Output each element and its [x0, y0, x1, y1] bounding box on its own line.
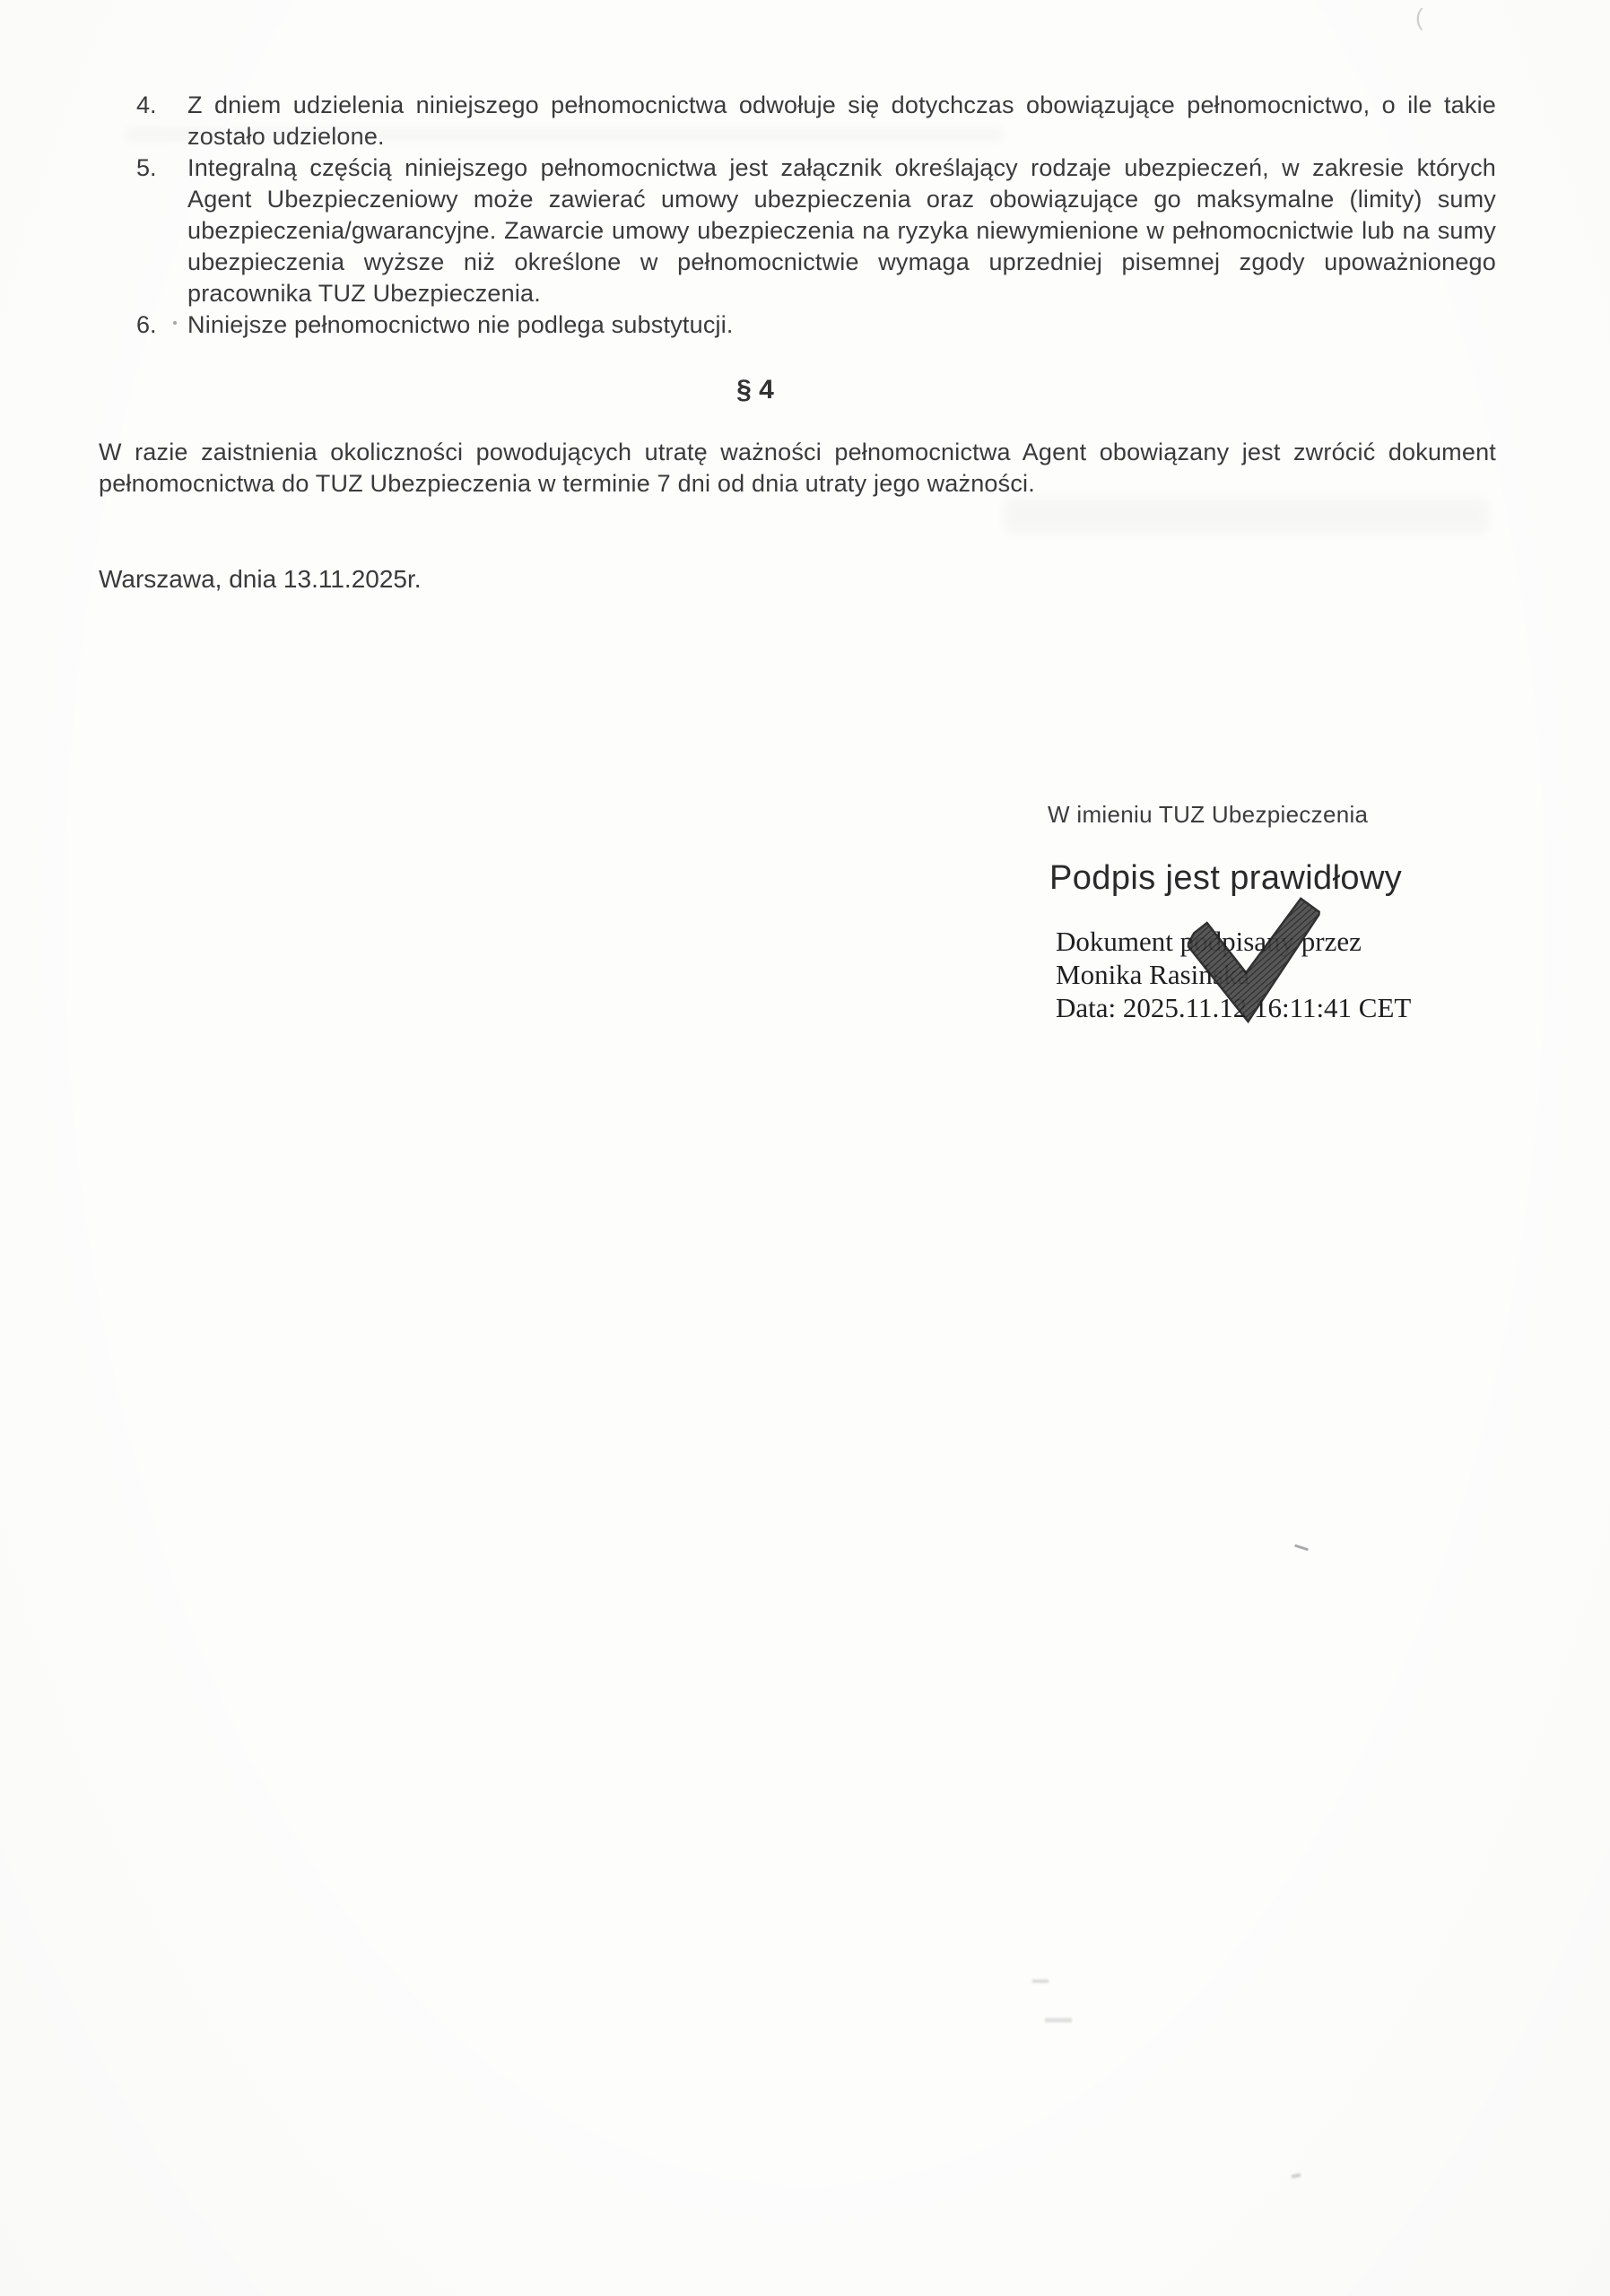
numbered-list: 4. Z dniem udzielenia niniejszego pełnom…	[136, 90, 1496, 341]
scan-artifact: (	[1415, 4, 1423, 31]
on-behalf-label: W imieniu TUZ Ubezpieczenia	[1048, 801, 1368, 829]
scan-artifact	[1032, 1979, 1049, 1983]
list-item-number: 6.	[136, 309, 187, 341]
section-header: § 4	[136, 375, 1374, 405]
signature-block: W imieniu TUZ Ubezpieczenia Podpis jest …	[1023, 796, 1561, 1083]
list-item: 4. Z dniem udzielenia niniejszego pełnom…	[136, 90, 1496, 152]
list-item: 6. Niniejsze pełnomocnictwo nie podlega …	[136, 309, 1496, 341]
list-item-text: Z dniem udzielenia niniejszego pełnomocn…	[187, 90, 1496, 152]
list-item-text: Niniejsze pełnomocnictwo nie podlega sub…	[187, 309, 1496, 341]
place-date-line: Warszawa, dnia 13.11.2025r.	[99, 565, 422, 594]
list-item: 5. Integralną częścią niniejszego pełnom…	[136, 152, 1496, 309]
body-paragraph: W razie zaistnienia okoliczności powoduj…	[99, 437, 1496, 500]
scan-artifact	[1294, 1544, 1309, 1552]
checkmark-icon	[1183, 890, 1321, 1029]
list-item-number: 5.	[136, 152, 187, 184]
list-item-number: 4.	[136, 90, 187, 121]
scan-bleedthrough	[1005, 498, 1489, 534]
scanned-document-page: 4. Z dniem udzielenia niniejszego pełnom…	[0, 0, 1610, 2296]
scan-artifact	[1045, 2018, 1072, 2022]
list-item-text: Integralną częścią niniejszego pełnomocn…	[187, 152, 1496, 309]
scan-artifact	[1292, 2173, 1301, 2179]
